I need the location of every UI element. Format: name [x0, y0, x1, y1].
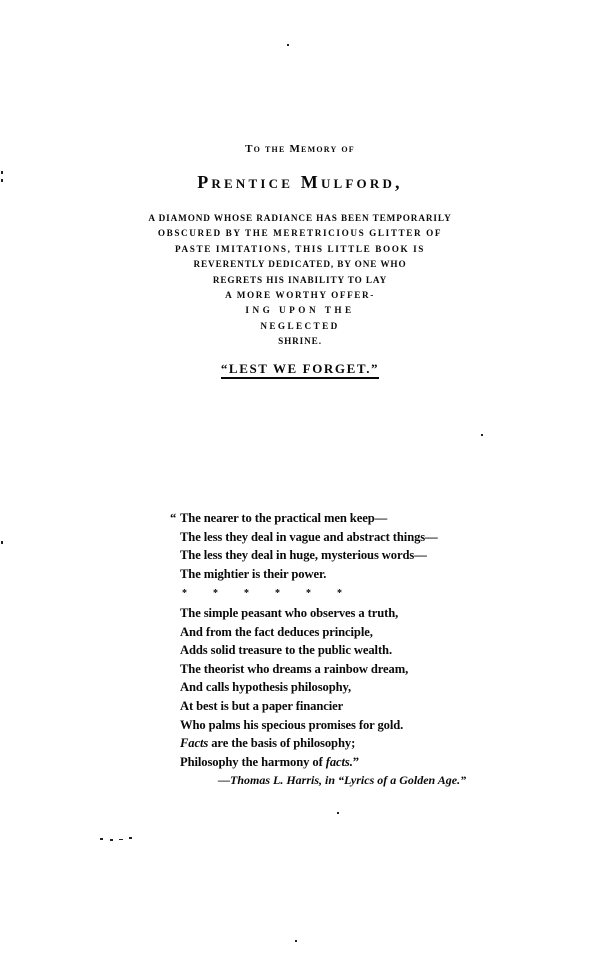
scan-speck [100, 838, 103, 840]
asterism-separator: ****** [170, 583, 500, 604]
verse-line: Philosophy the harmony of facts.” [170, 753, 500, 772]
scan-speck [1, 179, 3, 182]
honoree-name: Prentice Mulford, [0, 172, 600, 193]
verse-line: The simple peasant who observes a truth, [170, 604, 500, 623]
dedication-heading: To the Memory of [0, 143, 600, 155]
scan-speck [1, 171, 3, 174]
poem-attribution: —Thomas L. Harris, in “Lyrics of a Golde… [218, 773, 466, 788]
inscription-line: neglected [0, 319, 600, 334]
inscription-line: shrine. [0, 334, 600, 349]
verse-line: And from the fact deduces principle, [170, 623, 500, 642]
verse-line: The mightier is their power. [170, 565, 500, 584]
open-quote: “ [170, 509, 180, 528]
asterisk: * [275, 585, 306, 604]
scan-speck [1, 541, 3, 544]
scan-speck [129, 837, 132, 839]
asterisk: * [306, 585, 337, 604]
verse-line: The less they deal in huge, mysterious w… [170, 546, 500, 565]
asterisk: * [213, 585, 244, 604]
asterisk: * [182, 585, 213, 604]
book-page: To the Memory of Prentice Mulford, A dia… [0, 0, 600, 978]
inscription-line: regrets his inability to lay [0, 273, 600, 288]
scan-speck [337, 812, 339, 814]
asterisk: * [337, 585, 368, 604]
verse-line: Adds solid treasure to the public wealth… [170, 641, 500, 660]
scan-speck [119, 839, 123, 840]
scan-speck [110, 839, 113, 841]
inscription-line: ing upon the [0, 303, 600, 318]
inscription-line: a more worthy offer- [0, 288, 600, 303]
asterisk: * [244, 585, 275, 604]
scan-speck [287, 44, 289, 46]
verse-line: The theorist who dreams a rainbow dream, [170, 660, 500, 679]
dedication-inscription: A diamond whose radiance has been tempor… [0, 211, 600, 350]
scan-speck [481, 434, 483, 436]
italic-word: Facts [180, 736, 208, 750]
verse-line: “The nearer to the practical men keep— [170, 509, 500, 528]
verse-line: Who palms his specious promises for gold… [170, 716, 500, 735]
italic-word: facts. [326, 755, 353, 769]
scan-speck [295, 940, 297, 942]
verse-line: Facts are the basis of philosophy; [170, 734, 500, 753]
inscription-line: obscured by the meretricious glitter of [0, 226, 600, 241]
inscription-line: A diamond whose radiance has been tempor… [0, 211, 600, 226]
epigraph-poem: “The nearer to the practical men keep— T… [170, 509, 500, 771]
inscription-line: reverently dedicated, by one who [0, 257, 600, 272]
verse-line: The less they deal in vague and abstract… [170, 528, 500, 547]
inscription-line: paste imitations, this little book is [0, 242, 600, 257]
verse-line: At best is but a paper financier [170, 697, 500, 716]
motto-text: “LEST WE FORGET.” [221, 361, 379, 379]
motto: “LEST WE FORGET.” [0, 361, 600, 377]
verse-line: And calls hypothesis philosophy, [170, 678, 500, 697]
